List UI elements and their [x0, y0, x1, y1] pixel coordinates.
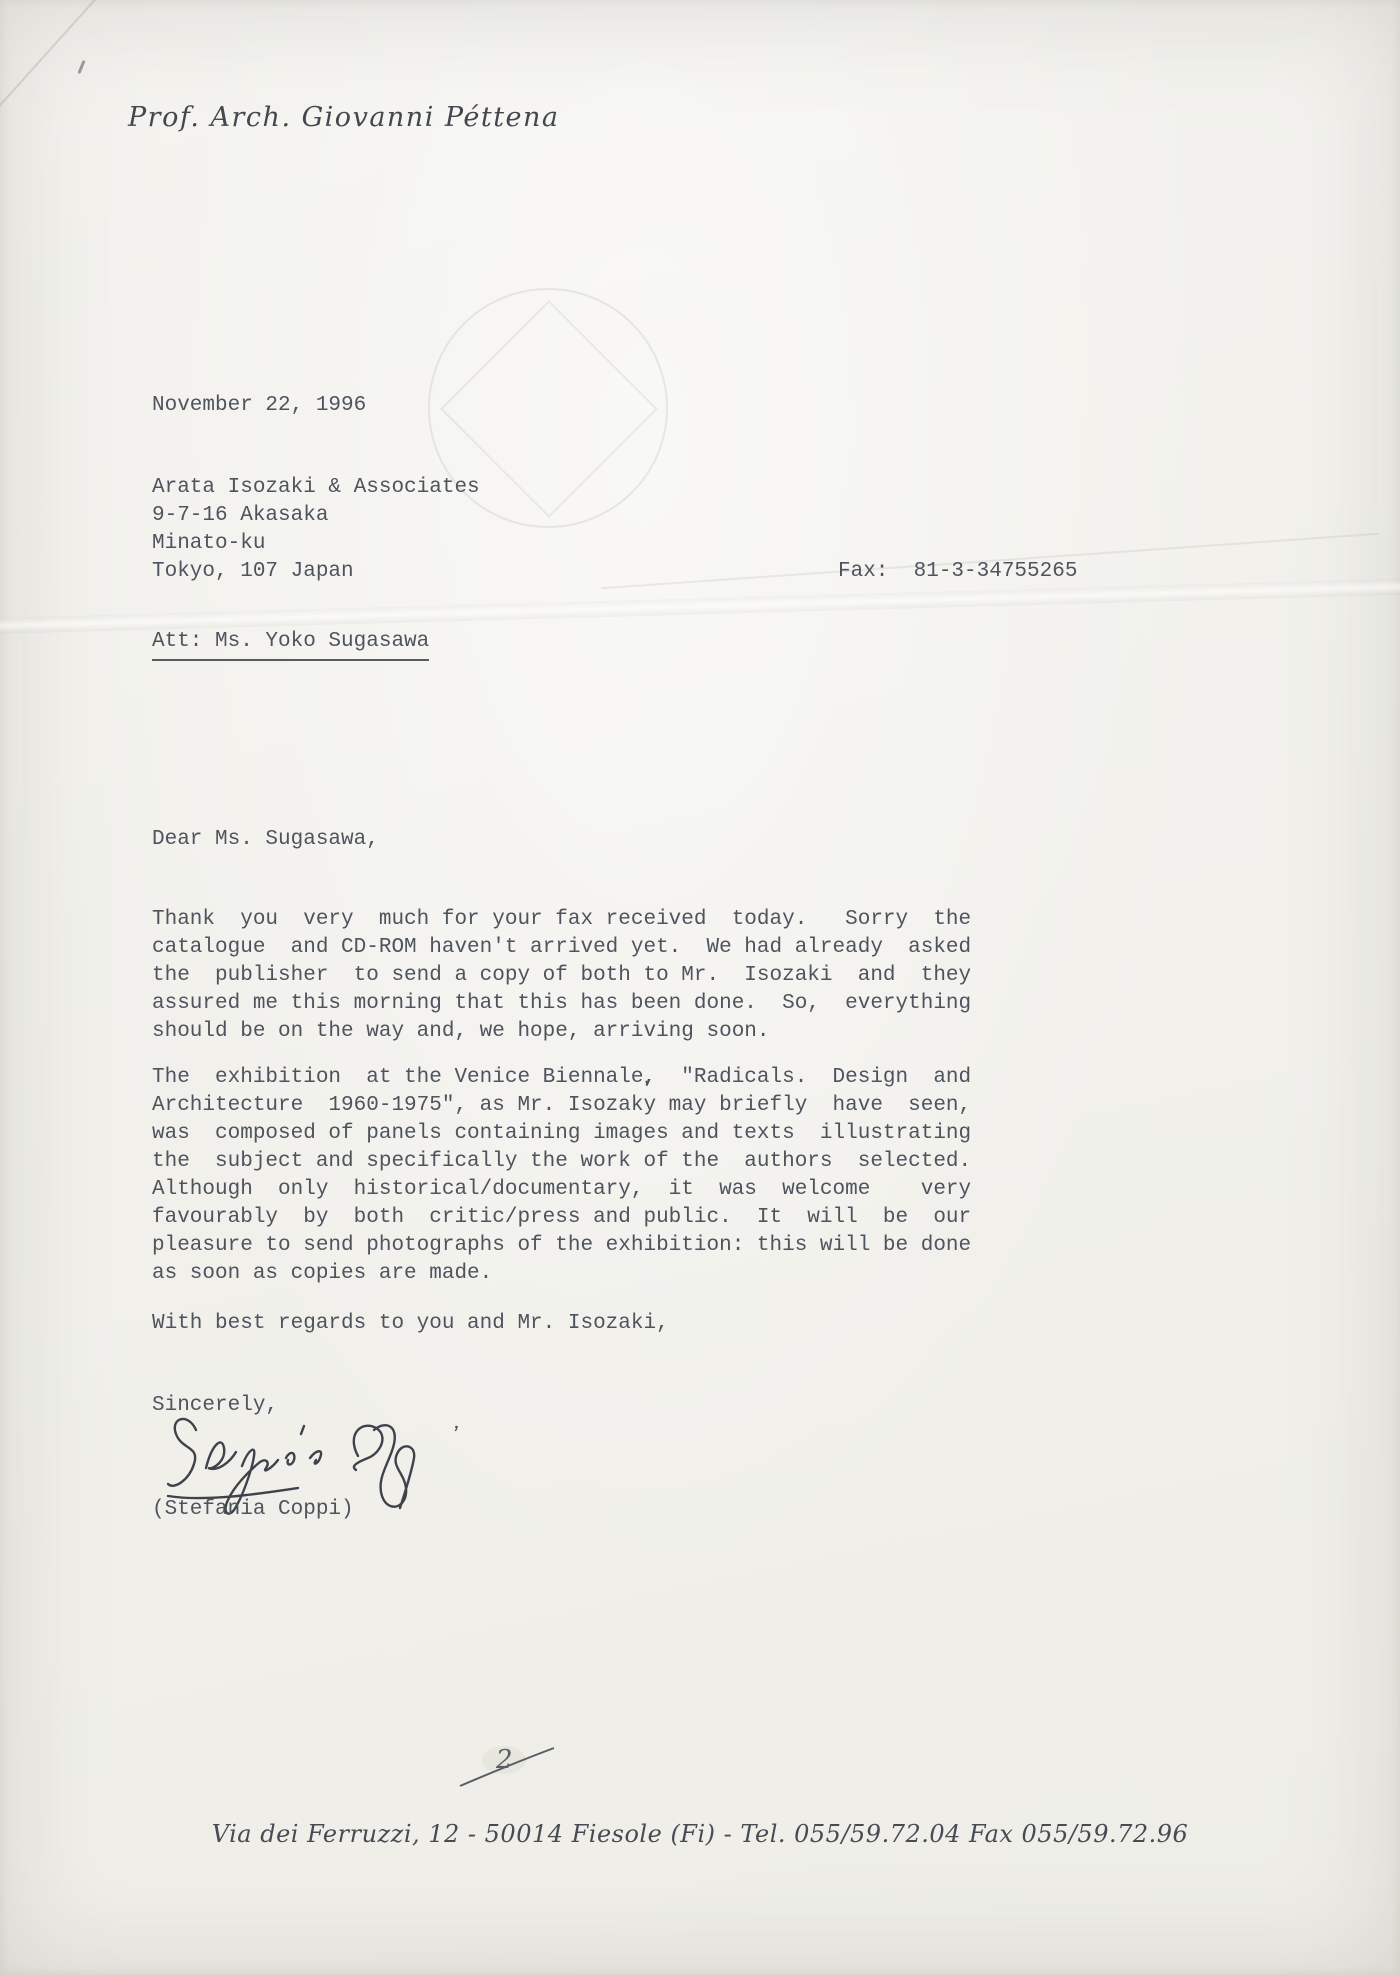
closing-line: With best regards to you and Mr. Isozaki… — [152, 1310, 669, 1338]
pen-correction-mark: ʼ — [641, 1080, 652, 1100]
body-line: as soon as copies are made. — [152, 1260, 971, 1288]
letterhead-name: Prof. Arch. Giovanni Péttena — [128, 102, 560, 133]
page-number-annotation: 2 — [452, 1738, 562, 1794]
corner-fold-line — [0, 0, 98, 109]
body-line: should be on the way and, we hope, arriv… — [152, 1018, 971, 1046]
recipient-address-block: Arata Isozaki & Associates 9-7-16 Akasak… — [152, 474, 480, 586]
body-line: assured me this morning that this has be… — [152, 990, 971, 1018]
body-line: Architecture 1960-1975", as Mr. Isozaky … — [152, 1092, 971, 1120]
recipient-line: 9-7-16 Akasaka — [152, 502, 480, 530]
body-line: Although only historical/documentary, it… — [152, 1176, 971, 1204]
pen-mark — [77, 60, 85, 74]
typed-signature-name: (Stefania Coppi) — [152, 1496, 354, 1524]
recipient-line: Tokyo, 107 Japan — [152, 558, 480, 586]
scanned-letter-page: Prof. Arch. Giovanni Péttena November 22… — [0, 0, 1400, 1975]
body-line: pleasure to send photographs of the exhi… — [152, 1232, 971, 1260]
body-line: was composed of panels containing images… — [152, 1120, 971, 1148]
body-paragraph-1: Thank you very much for your fax receive… — [152, 906, 971, 1046]
footer-address: Via dei Ferruzzi, 12 - 50014 Fiesole (Fi… — [0, 1820, 1400, 1848]
body-line: the publisher to send a copy of both to … — [152, 962, 971, 990]
body-line: catalogue and CD-ROM haven't arrived yet… — [152, 934, 971, 962]
recipient-line: Minato-ku — [152, 530, 480, 558]
date-line: November 22, 1996 — [152, 392, 366, 420]
body-line: favourably by both critic/press and publ… — [152, 1204, 971, 1232]
salutation: Dear Ms. Sugasawa, — [152, 826, 379, 854]
fax-number-line: Fax: 81-3-34755265 — [838, 558, 1077, 586]
body-line: Thank you very much for your fax receive… — [152, 906, 971, 934]
signature-apostrophe-mark: ʼ — [444, 1423, 464, 1452]
body-paragraph-2: The exhibition at the Venice Biennale, "… — [152, 1064, 971, 1288]
attention-line: Att: Ms. Yoko Sugasawa — [152, 628, 429, 661]
body-line: The exhibition at the Venice Biennale, "… — [152, 1064, 971, 1092]
body-line: the subject and specifically the work of… — [152, 1148, 971, 1176]
recipient-line: Arata Isozaki & Associates — [152, 474, 480, 502]
